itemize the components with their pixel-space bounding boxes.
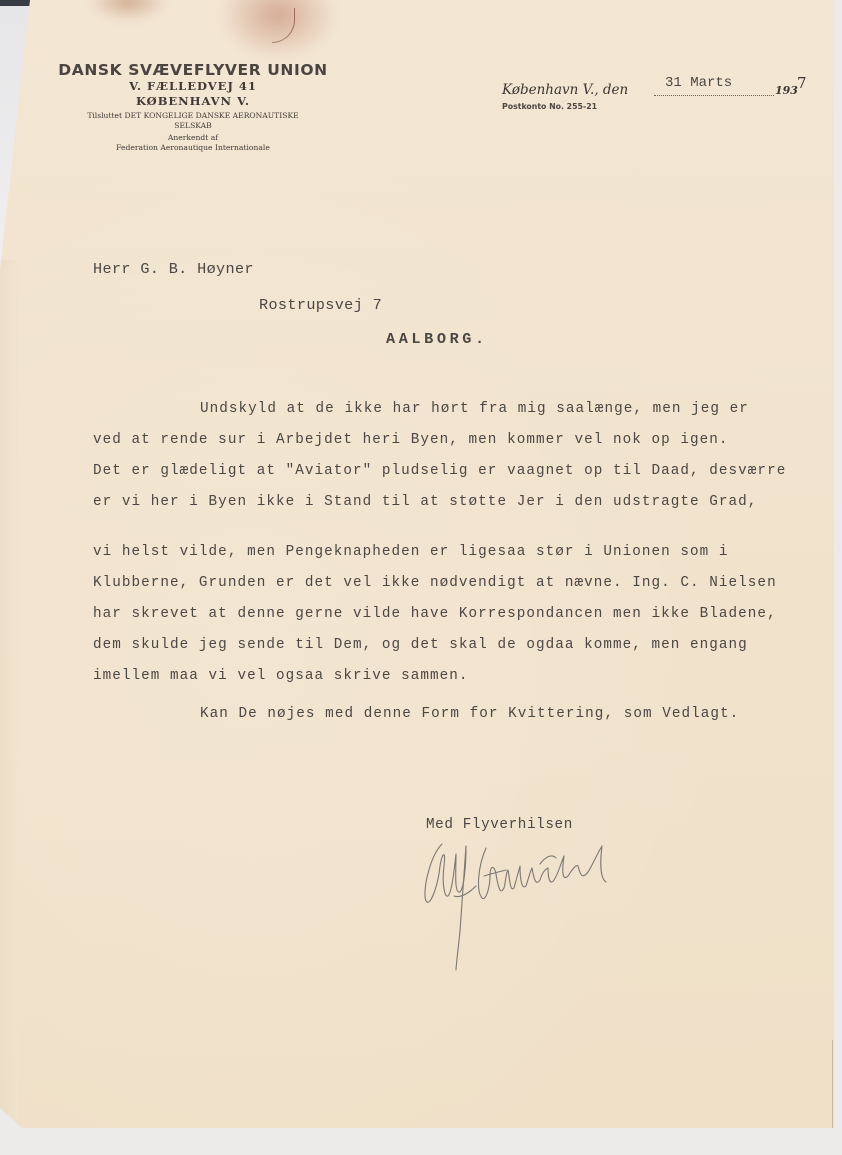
body-line: Klubberne, Grunden er det vel ikke nødve… (93, 575, 777, 591)
underlying-sheet-edge (0, 260, 18, 1120)
body-line: Det er glædeligt at "Aviator" pludselig … (93, 463, 786, 479)
handwritten-signature (420, 836, 620, 976)
letterhead-recognized: Anerkendt af (52, 133, 334, 143)
body-line: imellem maa vi vel ogsaa skrive sammen. (93, 668, 469, 684)
body-line: Undskyld at de ikke har hørt fra mig saa… (200, 401, 749, 417)
postkonto: Postkonto No. 255-21 (502, 102, 597, 111)
closing-salutation: Med Flyverhilsen (426, 817, 573, 833)
year-prefix: 193 (775, 84, 798, 97)
letterhead-federation: Federation Aeronautique Internationale (52, 143, 334, 153)
date-place: København V., den (502, 82, 628, 98)
body-line: vi helst vilde, men Pengeknapheden er li… (93, 544, 729, 560)
dateline: København V., den 31 Marts 193 7 (502, 76, 812, 98)
scan-background-corner (0, 0, 30, 6)
letterhead-city: KØBENHAVN V. (52, 94, 334, 109)
paper-edge (832, 1040, 833, 1128)
letterhead-affiliation: Tilsluttet DET KONGELIGE DANSKE AERONAUT… (52, 111, 334, 121)
recipient-city: AALBORG. (386, 330, 488, 348)
recipient-street: Rostrupsvej 7 (259, 296, 382, 314)
body-line: er vi her i Byen ikke i Stand til at stø… (93, 494, 757, 510)
letterhead-street: V. FÆLLEDVEJ 41 (52, 79, 334, 94)
typed-date: 31 Marts (665, 75, 732, 91)
date-dotted-line (654, 95, 774, 96)
recipient-name: Herr G. B. Høyner (93, 260, 254, 278)
body-line: dem skulde jeg sende til Dem, og det ska… (93, 637, 748, 653)
year-digit: 7 (797, 74, 807, 92)
letterhead-affiliation-cont: SELSKAB (52, 121, 334, 131)
body-line: har skrevet at denne gerne vilde have Ko… (93, 606, 777, 622)
letterhead: DANSK SVÆVEFLYVER UNION V. FÆLLEDVEJ 41 … (52, 61, 334, 153)
organization-name: DANSK SVÆVEFLYVER UNION (52, 61, 334, 79)
letter-paper: DANSK SVÆVEFLYVER UNION V. FÆLLEDVEJ 41 … (0, 0, 834, 1128)
body-line: ved at rende sur i Arbejdet heri Byen, m… (93, 432, 729, 448)
body-line: Kan De nøjes med denne Form for Kvitteri… (200, 706, 739, 722)
